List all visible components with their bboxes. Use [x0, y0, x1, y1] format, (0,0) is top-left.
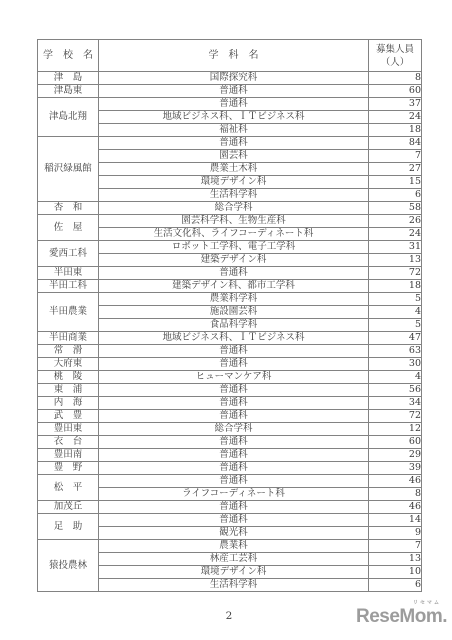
- table-row: 稲沢緑風館普通科84: [38, 137, 422, 150]
- capacity-cell: 13: [369, 553, 422, 566]
- school-name-cell: 大府東: [38, 358, 99, 371]
- school-name-cell: 稲沢緑風館: [38, 137, 99, 202]
- department-cell: 国際探究科: [99, 72, 369, 85]
- capacity-cell: 9: [369, 527, 422, 540]
- table-row: 武 豊普通科72: [38, 410, 422, 423]
- table-row: 半田工科建築デザイン科、都市工学科18: [38, 280, 422, 293]
- school-name-cell: 半田東: [38, 267, 99, 280]
- school-name-cell: 杏 和: [38, 202, 99, 215]
- table-row: 津島北翔普通科37: [38, 98, 422, 111]
- school-name-cell: 猿投農林: [38, 540, 99, 592]
- capacity-cell: 18: [369, 124, 422, 137]
- capacity-cell: 6: [369, 189, 422, 202]
- table-row: 豊田東総合学科12: [38, 423, 422, 436]
- school-name-cell: 佐 屋: [38, 215, 99, 241]
- department-cell: 農業科学科: [99, 293, 369, 306]
- department-cell: 建築デザイン科: [99, 254, 369, 267]
- department-cell: 普通科: [99, 85, 369, 98]
- school-name-cell: 内 海: [38, 397, 99, 410]
- school-name-cell: 津島北翔: [38, 98, 99, 137]
- department-cell: 総合学科: [99, 423, 369, 436]
- table-row: 豊 野普通科39: [38, 462, 422, 475]
- capacity-cell: 30: [369, 358, 422, 371]
- department-cell: ヒューマンケア科: [99, 371, 369, 384]
- header-department-name: 学 科 名: [99, 40, 369, 72]
- department-cell: 普通科: [99, 436, 369, 449]
- capacity-cell: 24: [369, 228, 422, 241]
- department-cell: 福祉科: [99, 124, 369, 137]
- capacity-cell: 5: [369, 293, 422, 306]
- table-row: 津 島国際探究科8: [38, 72, 422, 85]
- department-cell: ライフコーディネート科: [99, 488, 369, 501]
- table-row: 佐 屋園芸科学科、生物生産科26: [38, 215, 422, 228]
- school-name-cell: 武 豊: [38, 410, 99, 423]
- document-page: 学 校 名 学 科 名 募集人員 （人） 津 島国際探究科8津島東普通科60津島…: [0, 0, 452, 640]
- table-header-row: 学 校 名 学 科 名 募集人員 （人）: [38, 40, 422, 72]
- capacity-cell: 84: [369, 137, 422, 150]
- department-cell: 普通科: [99, 384, 369, 397]
- department-cell: 農業土木科: [99, 163, 369, 176]
- school-name-cell: 衣 台: [38, 436, 99, 449]
- header-capacity-line2: （人）: [369, 56, 421, 69]
- school-name-cell: 加茂丘: [38, 501, 99, 514]
- table-row: 杏 和総合学科58: [38, 202, 422, 215]
- department-cell: 普通科: [99, 410, 369, 423]
- department-cell: 普通科: [99, 267, 369, 280]
- capacity-cell: 8: [369, 488, 422, 501]
- header-school-name: 学 校 名: [38, 40, 99, 72]
- capacity-cell: 18: [369, 280, 422, 293]
- capacity-cell: 46: [369, 501, 422, 514]
- capacity-cell: 29: [369, 449, 422, 462]
- capacity-cell: 10: [369, 566, 422, 579]
- department-cell: 普通科: [99, 358, 369, 371]
- school-name-cell: 津島東: [38, 85, 99, 98]
- capacity-cell: 14: [369, 514, 422, 527]
- capacity-cell: 72: [369, 410, 422, 423]
- capacity-cell: 56: [369, 384, 422, 397]
- capacity-cell: 12: [369, 423, 422, 436]
- table-row: 内 海普通科34: [38, 397, 422, 410]
- department-cell: 生活科学科: [99, 579, 369, 592]
- capacity-cell: 72: [369, 267, 422, 280]
- capacity-cell: 58: [369, 202, 422, 215]
- school-name-cell: 東 浦: [38, 384, 99, 397]
- table-row: 半田東普通科72: [38, 267, 422, 280]
- header-capacity: 募集人員 （人）: [369, 40, 422, 72]
- table-row: 津島東普通科60: [38, 85, 422, 98]
- department-cell: 普通科: [99, 475, 369, 488]
- table-row: 豊田南普通科29: [38, 449, 422, 462]
- department-cell: 普通科: [99, 514, 369, 527]
- table-row: 半田商業地域ビジネス科、ＩＴビジネス科47: [38, 332, 422, 345]
- department-cell: 総合学科: [99, 202, 369, 215]
- table-row: 常 滑普通科63: [38, 345, 422, 358]
- school-name-cell: 豊田南: [38, 449, 99, 462]
- capacity-cell: 8: [369, 72, 422, 85]
- capacity-cell: 63: [369, 345, 422, 358]
- department-cell: 生活文化科、ライフコーディネート科: [99, 228, 369, 241]
- department-cell: 普通科: [99, 98, 369, 111]
- capacity-cell: 34: [369, 397, 422, 410]
- table-row: 衣 台普通科60: [38, 436, 422, 449]
- department-cell: 生活科学科: [99, 189, 369, 202]
- department-cell: 地域ビジネス科、ＩＴビジネス科: [99, 111, 369, 124]
- capacity-cell: 13: [369, 254, 422, 267]
- school-name-cell: 豊田東: [38, 423, 99, 436]
- capacity-cell: 47: [369, 332, 422, 345]
- department-cell: ロボット工学科、電子工学科: [99, 241, 369, 254]
- capacity-cell: 4: [369, 371, 422, 384]
- department-cell: 環境デザイン科: [99, 566, 369, 579]
- department-cell: 普通科: [99, 137, 369, 150]
- school-name-cell: 常 滑: [38, 345, 99, 358]
- capacity-cell: 6: [369, 579, 422, 592]
- table-row: 猿投農林農業科7: [38, 540, 422, 553]
- department-cell: 普通科: [99, 501, 369, 514]
- department-cell: 食品科学科: [99, 319, 369, 332]
- capacity-cell: 60: [369, 85, 422, 98]
- school-name-cell: 桃 陵: [38, 371, 99, 384]
- department-cell: 農業科: [99, 540, 369, 553]
- department-cell: 園芸科学科、生物生産科: [99, 215, 369, 228]
- capacity-cell: 15: [369, 176, 422, 189]
- school-name-cell: 半田工科: [38, 280, 99, 293]
- capacity-cell: 39: [369, 462, 422, 475]
- department-cell: 施設園芸科: [99, 306, 369, 319]
- capacity-cell: 37: [369, 98, 422, 111]
- capacity-cell: 7: [369, 150, 422, 163]
- school-name-cell: 豊 野: [38, 462, 99, 475]
- department-cell: 林産工芸科: [99, 553, 369, 566]
- resemom-logo-text: ReseMom.: [356, 607, 447, 626]
- table-row: 足 助普通科14: [38, 514, 422, 527]
- capacity-cell: 46: [369, 475, 422, 488]
- department-cell: 普通科: [99, 462, 369, 475]
- capacity-table-body: 津 島国際探究科8津島東普通科60津島北翔普通科37地域ビジネス科、ＩＴビジネス…: [38, 72, 422, 592]
- department-cell: 普通科: [99, 397, 369, 410]
- capacity-cell: 7: [369, 540, 422, 553]
- header-capacity-line1: 募集人員: [369, 43, 421, 56]
- capacity-cell: 27: [369, 163, 422, 176]
- capacity-cell: 24: [369, 111, 422, 124]
- resemom-watermark: リセマム ReseMom.: [356, 601, 447, 626]
- table-row: 東 浦普通科56: [38, 384, 422, 397]
- department-cell: 環境デザイン科: [99, 176, 369, 189]
- table-row: 半田農業農業科学科5: [38, 293, 422, 306]
- capacity-cell: 26: [369, 215, 422, 228]
- department-cell: 普通科: [99, 449, 369, 462]
- department-cell: 普通科: [99, 345, 369, 358]
- capacity-cell: 31: [369, 241, 422, 254]
- table-row: 大府東普通科30: [38, 358, 422, 371]
- department-cell: 地域ビジネス科、ＩＴビジネス科: [99, 332, 369, 345]
- department-cell: 観光科: [99, 527, 369, 540]
- table-row: 加茂丘普通科46: [38, 501, 422, 514]
- table-row: 松 平普通科46: [38, 475, 422, 488]
- capacity-cell: 60: [369, 436, 422, 449]
- department-cell: 園芸科: [99, 150, 369, 163]
- table-row: 愛西工科ロボット工学科、電子工学科31: [38, 241, 422, 254]
- school-name-cell: 愛西工科: [38, 241, 99, 267]
- table-row: 桃 陵ヒューマンケア科4: [38, 371, 422, 384]
- school-name-cell: 松 平: [38, 475, 99, 501]
- department-cell: 建築デザイン科、都市工学科: [99, 280, 369, 293]
- capacity-table: 学 校 名 学 科 名 募集人員 （人） 津 島国際探究科8津島東普通科60津島…: [37, 39, 422, 592]
- school-name-cell: 津 島: [38, 72, 99, 85]
- school-name-cell: 足 助: [38, 514, 99, 540]
- capacity-cell: 5: [369, 319, 422, 332]
- capacity-cell: 4: [369, 306, 422, 319]
- school-name-cell: 半田農業: [38, 293, 99, 332]
- school-name-cell: 半田商業: [38, 332, 99, 345]
